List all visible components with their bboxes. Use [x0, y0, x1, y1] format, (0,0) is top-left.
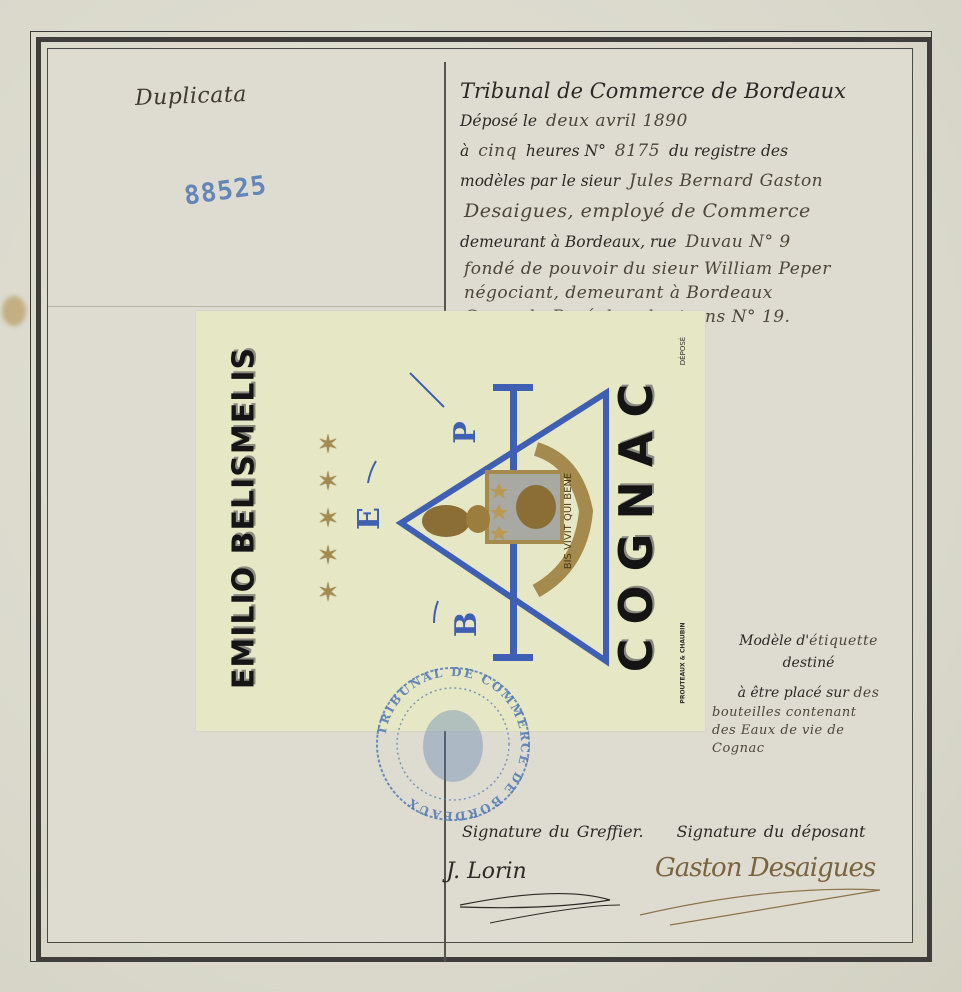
handwritten-text: étiquette — [809, 633, 878, 649]
monogram-e: E — [352, 507, 387, 530]
purpose-block: Modèle d'étiquette destiné à être placé … — [706, 630, 911, 758]
signatures: J. Lorin Gaston Desaigues — [440, 845, 910, 935]
printed-text: à être placé sur — [738, 685, 849, 701]
declaration-line: demeurant à Bordeaux, rue Duvau N° 9 — [460, 227, 910, 257]
declaration-line: modèles par le sieur Jules Bernard Gasto… — [460, 166, 910, 196]
duplicata-annotation: Duplicata — [135, 82, 248, 111]
handwritten-text: des — [853, 685, 879, 701]
printed-text: heures N° — [526, 142, 606, 160]
handwritten-text: Jules Bernard Gaston — [625, 171, 827, 191]
declaration-block: Tribunal de Commerce de Bordeaux Déposé … — [460, 76, 910, 329]
brand-name: EMILIO BELISMELIS — [227, 347, 262, 689]
signature-labels: Signature du Greffier. Signature du dépo… — [462, 822, 865, 841]
printed-text: Déposé le — [460, 112, 537, 130]
declaration-line: Desaigues, employé de Commerce — [460, 196, 910, 227]
star-icon: ✶ — [316, 544, 340, 568]
printed-text: à — [460, 142, 469, 160]
tribunal-title: Tribunal de Commerce de Bordeaux — [460, 76, 910, 106]
purpose-line: Modèle d'étiquette — [706, 630, 911, 652]
deposant-label: Signature du déposant — [677, 822, 866, 841]
handwritten-line: Cognac — [706, 740, 911, 758]
monogram-p: P — [448, 421, 483, 444]
declaration-line: Déposé le deux avril 1890 — [460, 106, 910, 136]
handwritten-line: bouteilles contenant — [706, 704, 911, 722]
motto-text: BIS VIVIT QUI BENE — [563, 473, 574, 570]
printed-text: Modèle d' — [739, 633, 809, 649]
printed-text: modèles par le sieur — [460, 172, 620, 190]
handwritten-text: Duvau N° 9 — [681, 232, 794, 252]
printer-credit: PROUTEAUX & CHAUBIN — [680, 622, 687, 703]
stain — [2, 296, 26, 326]
greffier-signature: J. Lorin — [446, 859, 527, 884]
greffier-label: Signature du Greffier. — [462, 822, 644, 841]
fold-line — [48, 306, 444, 307]
product-name: COGNAC — [609, 370, 663, 672]
star-icon: ✶ — [316, 507, 340, 531]
star-icon: ✶ — [316, 433, 340, 457]
declaration-line: fondé de pouvoir du sieur William Peper — [460, 257, 910, 281]
tribunal-seal: TRIBUNAL DE COMMERCE DE BORDEAUX — [370, 664, 536, 824]
deposant-signature: Gaston Desaigues — [655, 853, 875, 883]
star-rating: ✶ ✶ ✶ ✶ ✶ — [316, 433, 340, 605]
handwritten-text: deux avril 1890 — [542, 111, 692, 131]
handwritten-text: négociant, demeurant à Bordeaux — [460, 283, 777, 303]
purpose-line: à être placé sur des — [706, 682, 911, 704]
handwritten-text: Desaigues, employé de Commerce — [460, 200, 815, 222]
printed-text: demeurant à Bordeaux, rue — [460, 233, 677, 251]
star-icon: ✶ — [316, 581, 340, 605]
declaration-line: à cinq heures N° 8175 du registre des — [460, 136, 910, 166]
registered-mark: DÉPOSÉ — [679, 337, 687, 365]
handwritten-text: cinq — [474, 141, 521, 161]
monogram-b: B — [449, 612, 484, 637]
handwritten-text: fondé de pouvoir du sieur William Peper — [460, 259, 835, 279]
star-icon: ✶ — [316, 470, 340, 494]
printed-text: du registre des — [669, 142, 788, 160]
handwritten-line: des Eaux de vie de — [706, 722, 911, 740]
handwritten-text: 8175 — [611, 141, 664, 161]
purpose-line: destiné — [706, 652, 911, 674]
document-page: Duplicata 88525 Tribunal de Commerce de … — [0, 0, 962, 992]
declaration-line: négociant, demeurant à Bordeaux — [460, 281, 910, 305]
